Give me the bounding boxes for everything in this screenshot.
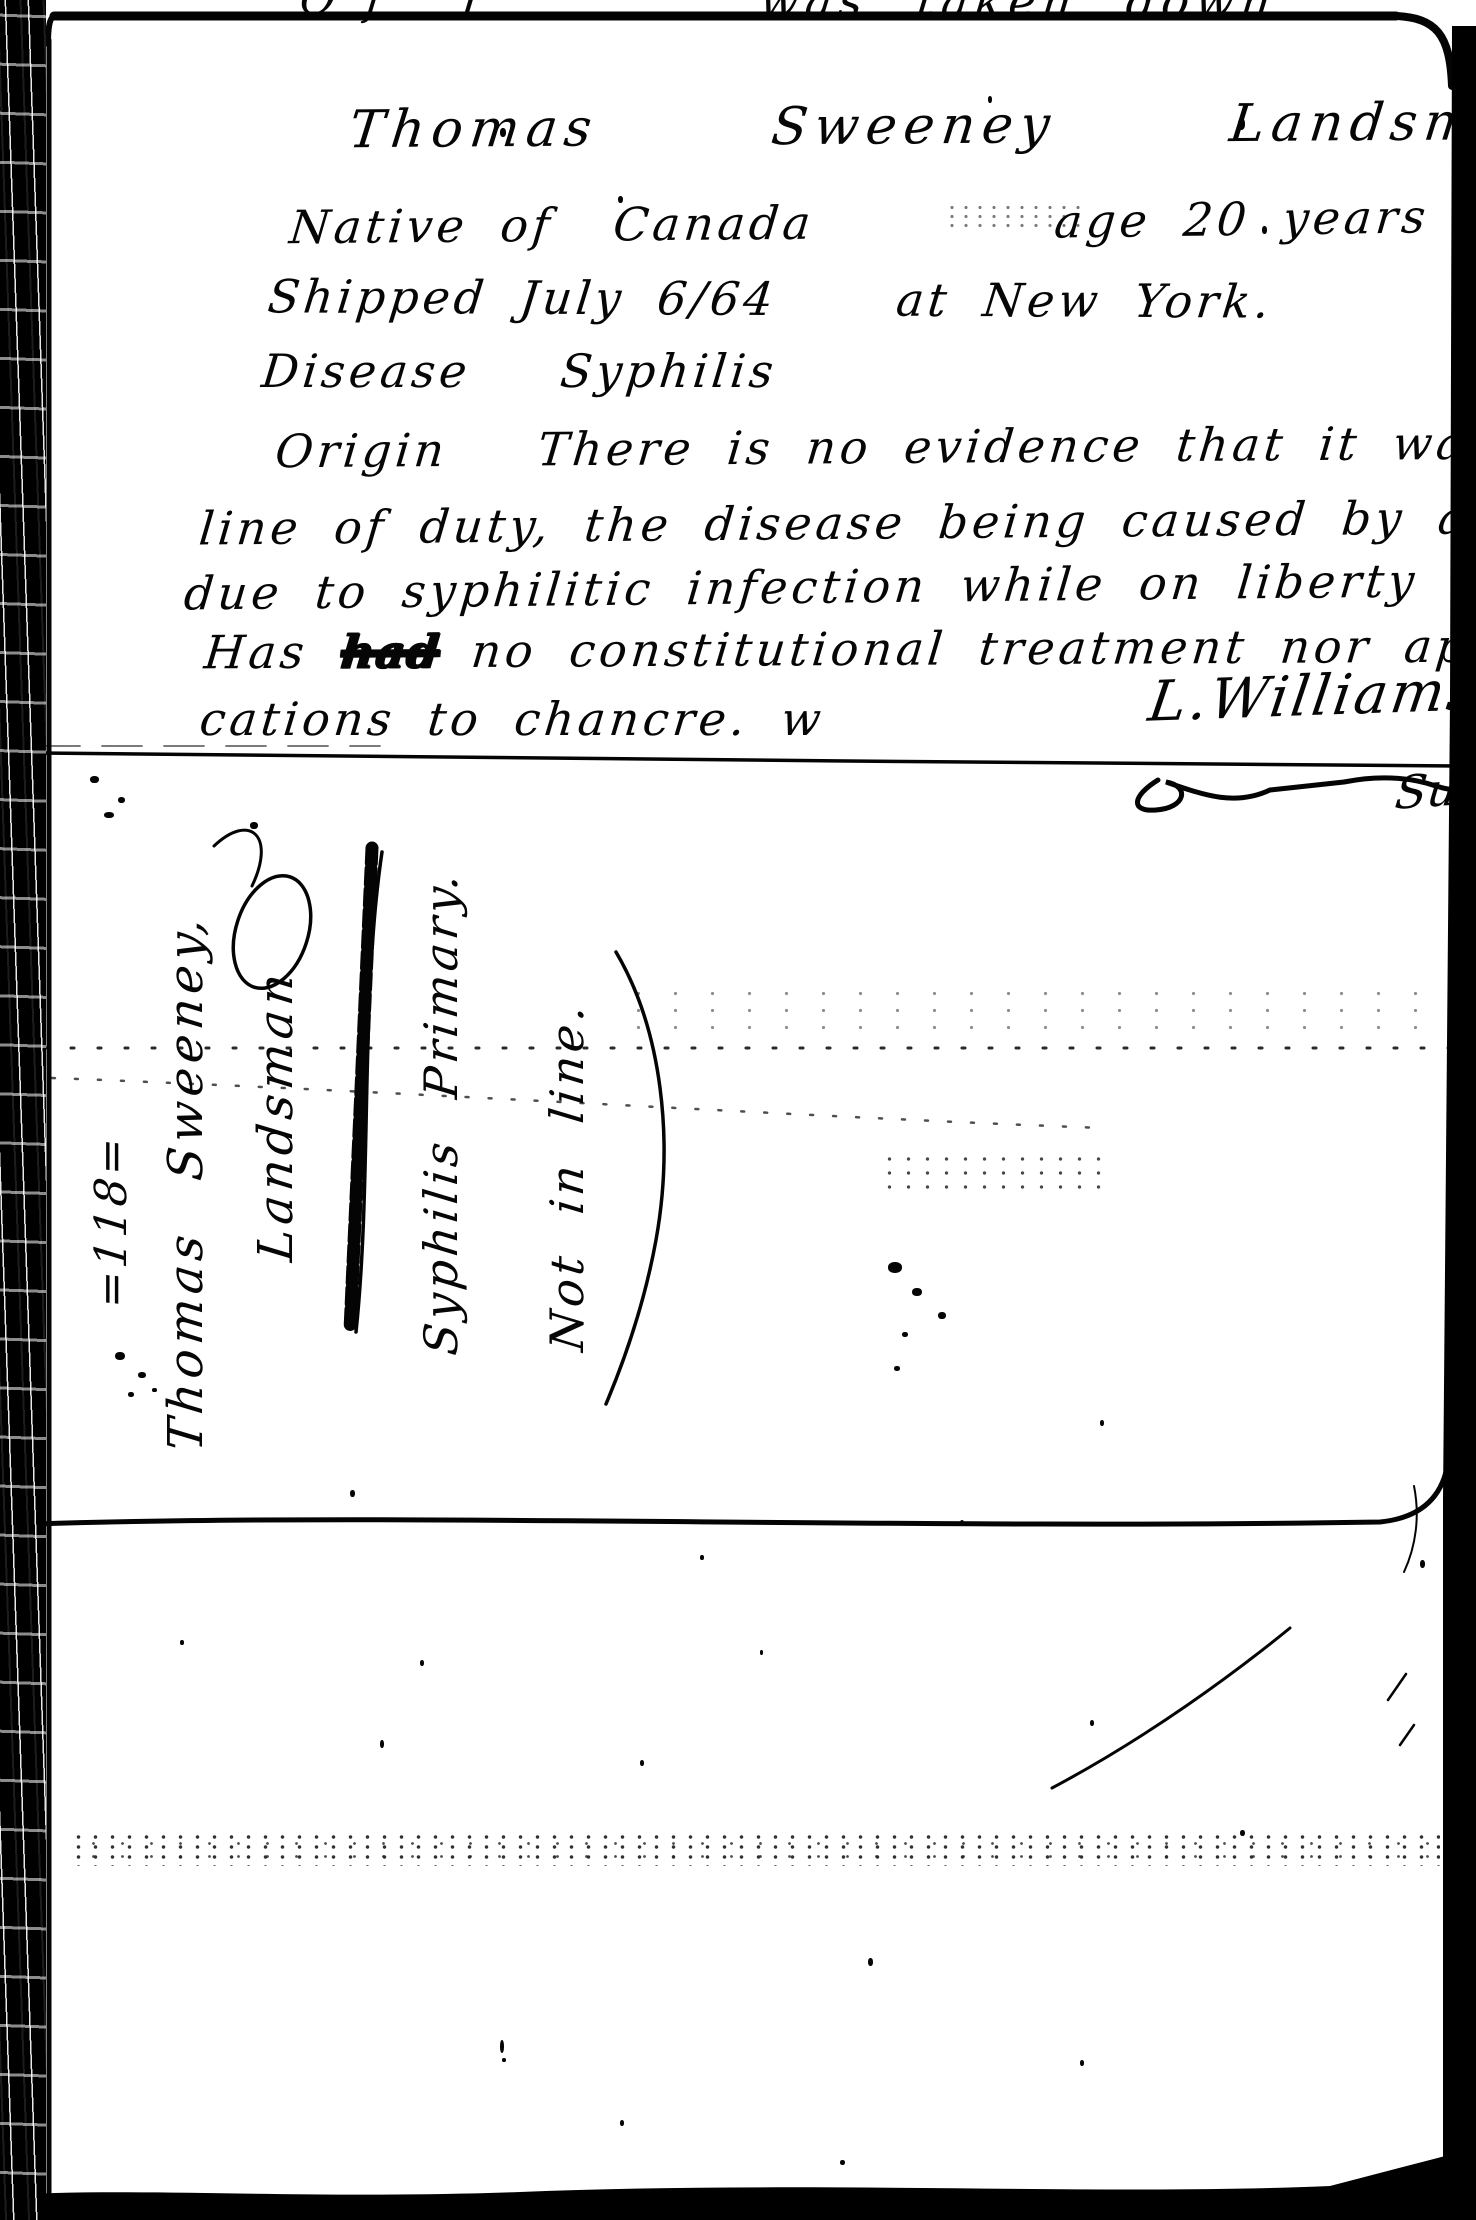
margin-remark: Not in line. [540, 888, 594, 1354]
surgeon-signature: L.Williams [1144, 658, 1476, 734]
age-value: age 20 years [1052, 189, 1432, 248]
ink-dot-texture [945, 203, 1080, 229]
ink-speck [138, 1372, 146, 1378]
surgeon-title: Surg [1393, 758, 1476, 820]
ink-speck [502, 2058, 506, 2062]
page-right-edge [1443, 26, 1476, 2220]
ink-speck [1420, 1560, 1425, 1568]
ink-speck [960, 1520, 964, 1526]
ink-speck [420, 1660, 424, 1666]
ink-speck [1100, 1420, 1104, 1426]
ink-speck [618, 196, 623, 203]
ink-blot [888, 1262, 902, 1273]
patient-name-line: Thomas Sweeney Landsman [346, 92, 1476, 160]
margin-rating: Landsman [248, 818, 304, 1264]
ink-speck [1080, 2060, 1084, 2066]
bottom-rule [36, 1462, 1448, 1524]
native-label: Native of [287, 198, 556, 254]
previous-entry-fragment-left: Of T [297, 0, 518, 25]
strikeout-scribble [350, 848, 372, 1330]
page-edge-crease [1404, 1486, 1417, 1572]
ink-speck [868, 1958, 873, 1966]
ink-speck [640, 1760, 644, 1766]
ink-blot [938, 1312, 946, 1319]
origin-line-2: line of duty, the disease being caused b… [197, 490, 1472, 555]
origin-line-1: OriginThere is no evidence that it was [273, 416, 1476, 479]
treatment-line-2: cations to chancre. w [197, 692, 827, 746]
ink-speck [128, 1392, 134, 1397]
origin-text-1: There is no evidence that it was [535, 416, 1476, 477]
struck-word: had [338, 624, 442, 679]
ink-speck [760, 1650, 763, 1655]
ink-speck [104, 812, 114, 818]
ink-speck [152, 1388, 157, 1392]
disease-label: Disease [259, 344, 473, 398]
ink-speck [115, 1352, 125, 1360]
speckle-band-lower [70, 1832, 1440, 1866]
ink-speck [500, 128, 506, 137]
ink-speck [620, 2120, 624, 2126]
ink-speck [350, 1490, 355, 1497]
margin-patient-name: Thomas Sweeney, [158, 828, 214, 1454]
ink-speck [1240, 1830, 1245, 1836]
ink-speck [840, 2160, 845, 2165]
ink-speck [500, 2040, 504, 2053]
ink-speck [902, 1332, 908, 1337]
speckle-band-upper [620, 985, 1450, 1037]
page-bottom-edge [0, 2148, 1476, 2220]
scratch-mark-small [1388, 1674, 1414, 1745]
ink-speck [180, 1640, 184, 1645]
page-top-left-corner [48, 16, 54, 44]
previous-entry-fragment-right: was taken down [757, 0, 1279, 28]
ink-blot [912, 1288, 922, 1296]
ink-speck [894, 1366, 900, 1371]
binding-edge [0, 0, 46, 2220]
page-top-right-corner [1396, 16, 1452, 86]
ink-speck [700, 1555, 704, 1560]
treatment-prefix: Has [202, 625, 311, 680]
scanned-record-page: Of T was taken down Thomas Sweeney Lands… [0, 0, 1476, 2220]
speckle-cluster-mid [880, 1152, 1110, 1198]
margin-diagnosis: Syphilis Primary. [414, 822, 468, 1358]
ink-speck [988, 96, 992, 103]
shipped-date: Shipped July 6/64 [265, 269, 779, 326]
disease-value: Syphilis [558, 344, 780, 398]
shipped-port: at New York. [894, 273, 1276, 329]
ink-speck [1262, 226, 1267, 234]
ink-speck [1090, 1720, 1094, 1726]
strikeout-scribble-line [356, 852, 382, 1332]
native-value: Canada [611, 196, 817, 252]
origin-label: Origin [273, 423, 451, 478]
ink-speck [90, 776, 99, 783]
native-line: Native ofCanada [287, 196, 817, 255]
origin-line-3: due to syphilitic infection while on lib… [182, 554, 1421, 621]
ink-speck [380, 1740, 384, 1748]
ink-speck [118, 797, 125, 803]
scratch-mark [1052, 1628, 1290, 1788]
ink-speck [1238, 118, 1245, 130]
margin-case-number: =118= [86, 1025, 137, 1310]
ink-speck [250, 822, 258, 829]
disease-line: DiseaseSyphilis [259, 344, 780, 398]
shipped-line: Shipped July 6/64at New York. [265, 269, 1276, 328]
mid-rule [40, 753, 1458, 766]
